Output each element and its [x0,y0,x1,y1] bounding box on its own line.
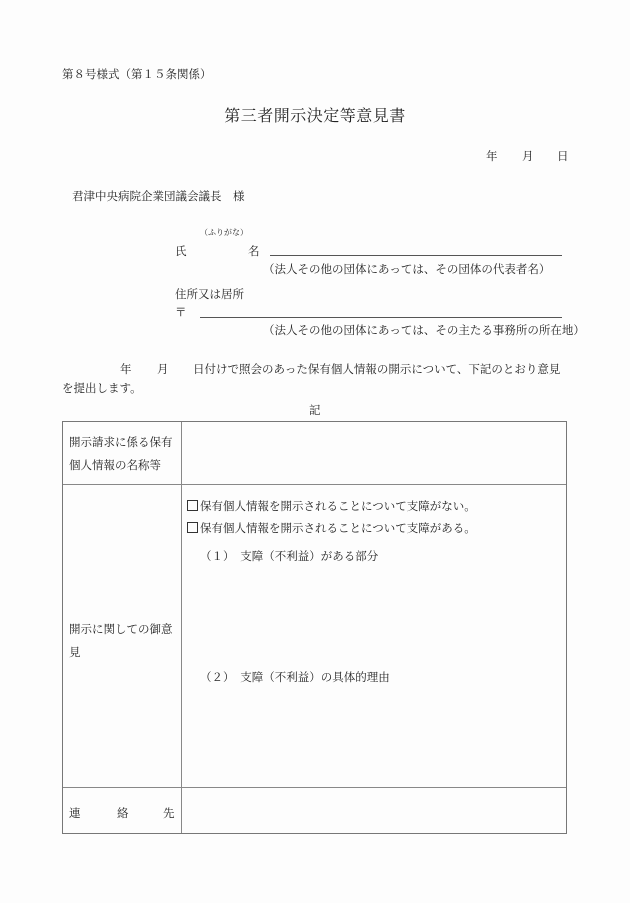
postal-mark: 〒 [175,304,187,320]
specific-reason-field[interactable] [193,688,558,783]
name-note: （法人その他の団体にあっては、その団体の代表者名） [263,261,550,277]
date-year-label: 年 [486,148,498,164]
date-month-label: 月 [522,148,534,164]
address-label: 住所又は居所 [175,286,244,302]
ki-label: 記 [309,402,321,418]
checkbox-objection[interactable] [187,522,198,533]
row-opinion-label: 開示に関しての御意 見 [69,618,173,664]
date-day-label: 日 [557,148,569,164]
body-month: 月 [157,361,169,377]
opinion-table: 開示請求に係る保有 個人情報の名称等 開示に関しての御意 見 保有個人情報を開示… [62,421,567,834]
sub-item-specific-reason: （２） 支障（不利益）の具体的理由 [200,669,390,685]
row-divider-2 [63,787,566,788]
checkbox-no-objection[interactable] [187,500,198,511]
address-underline [200,317,562,318]
affected-part-field[interactable] [193,567,558,662]
address-note: （法人その他の団体にあっては、その主たる事務所の所在地） [263,322,585,338]
row-info-name-label: 開示請求に係る保有 個人情報の名称等 [69,431,173,477]
address-field[interactable] [200,302,562,317]
page-title: 第三者開示決定等意見書 [0,103,630,126]
name-label-1: 氏 [175,243,187,259]
body-line1: 日付けで照会のあった保有個人情報の開示について、下記のとおり意見 [193,361,560,377]
form-number: 第８号様式（第１５条関係） [62,66,212,82]
sub-item-affected-part: （１） 支障（不利益）がある部分 [200,548,378,564]
body-year: 年 [120,361,132,377]
contact-field[interactable] [183,789,563,833]
body-line2: を提出します。 [62,380,142,396]
option-no-objection[interactable]: 保有個人情報を開示されることについて支障がない。 [187,498,476,514]
name-field[interactable] [270,240,562,255]
addressee: 君津中央病院企業団議会議長 様 [72,188,245,204]
name-underline [270,255,562,256]
name-label-2: 名 [248,243,260,259]
option-objection[interactable]: 保有個人情報を開示されることについて支障がある。 [187,520,476,536]
row-divider-1 [63,484,566,485]
furigana-label: （ふりがな） [200,227,248,238]
info-name-field[interactable] [183,423,563,483]
